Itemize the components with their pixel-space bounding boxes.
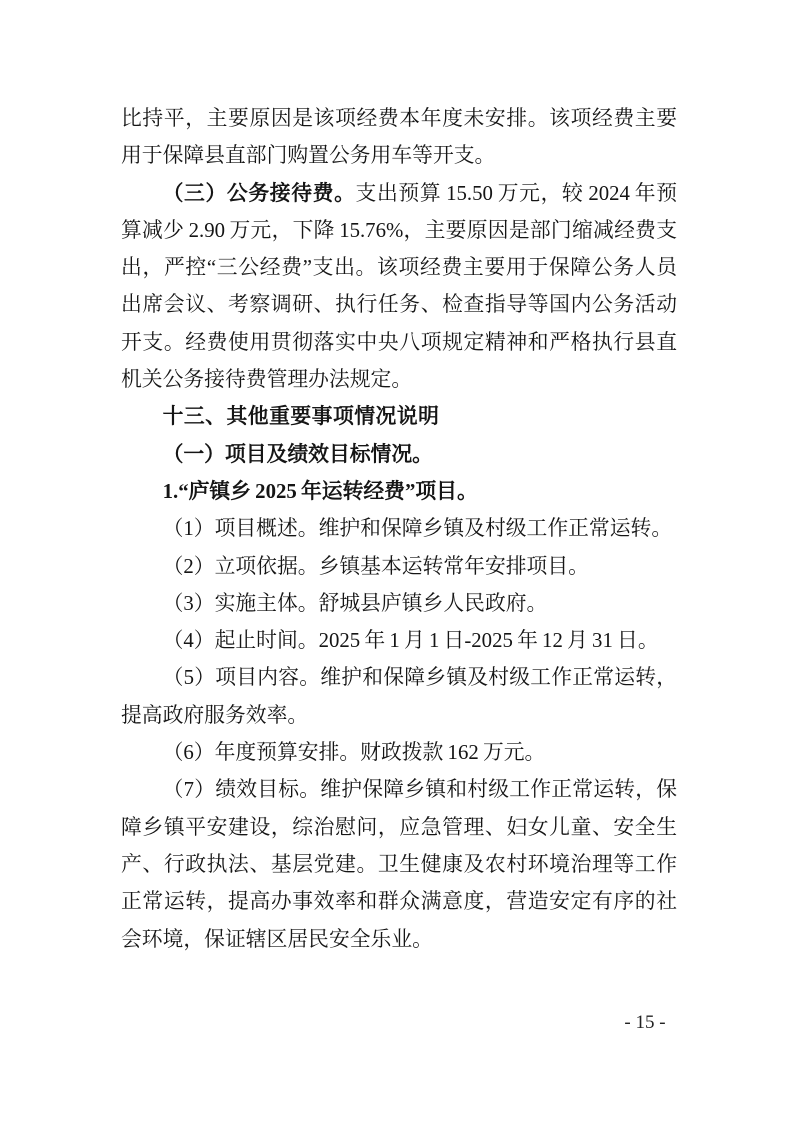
item-4-start-end-dates: （4）起止时间。2025 年 1 月 1 日-2025 年 12 月 31 日。 (121, 622, 677, 659)
item-6-annual-budget-arrangement: （6）年度预算安排。财政拨款 162 万元。 (121, 734, 677, 771)
item-3-implementing-body: （3）实施主体。舒城县庐镇乡人民政府。 (121, 585, 677, 622)
document-page: 比持平，主要原因是该项经费本年度未安排。该项经费主要用于保障县直部门购置公务用车… (0, 0, 793, 1122)
item-1-project-overview: （1）项目概述。维护和保障乡镇及村级工作正常运转。 (121, 510, 677, 547)
paragraph-carryover-vehicle-expense: 比持平，主要原因是该项经费本年度未安排。该项经费主要用于保障县直部门购置公务用车… (121, 100, 677, 175)
page-number: - 15 - (553, 1011, 737, 1035)
item-5-project-content: （5）项目内容。维护和保障乡镇及村级工作正常运转，提高政府服务效率。 (121, 659, 677, 734)
heading-projects-and-performance-targets: （一）项目及绩效目标情况。 (121, 436, 677, 473)
heading-project-1-luzhen-2025-operating-funds: 1.“庐镇乡 2025 年运转经费”项目。 (121, 473, 677, 510)
item-2-project-basis: （2）立项依据。乡镇基本运转常年安排项目。 (121, 548, 677, 585)
paragraph-lead-official-reception: （三）公务接待费。 (163, 182, 356, 205)
paragraph-official-reception-expense: （三）公务接待费。支出预算 15.50 万元，较 2024 年预算减少 2.90… (121, 175, 677, 399)
heading-section-13-other-important-matters: 十三、其他重要事项情况说明 (121, 398, 677, 435)
paragraph-text-official-reception: 支出预算 15.50 万元，较 2024 年预算减少 2.90 万元，下降 15… (121, 182, 677, 391)
item-7-performance-targets: （7）绩效目标。维护保障乡镇和村级工作正常运转，保障乡镇平安建设，综治慰问，应急… (121, 771, 677, 957)
page-content: 比持平，主要原因是该项经费本年度未安排。该项经费主要用于保障县直部门购置公务用车… (121, 100, 677, 958)
